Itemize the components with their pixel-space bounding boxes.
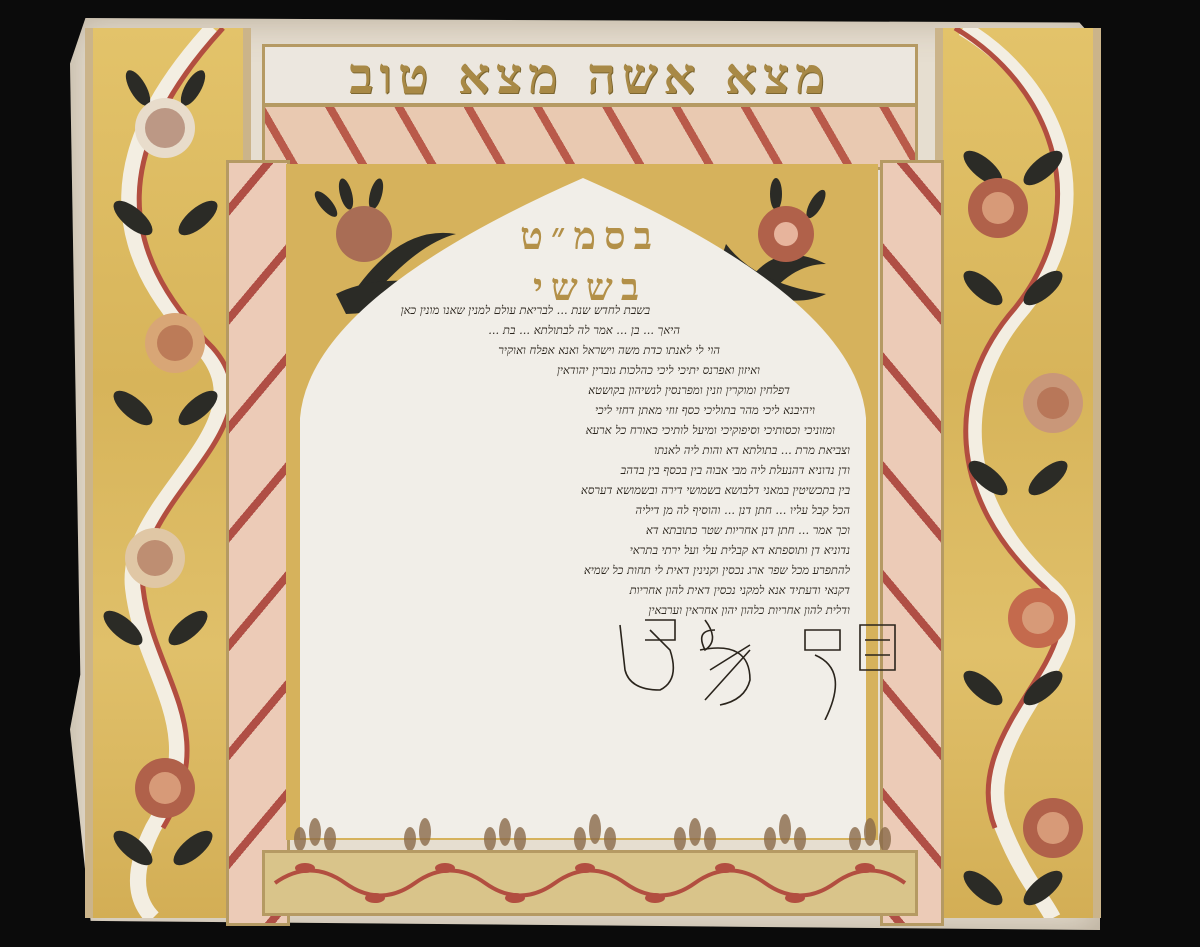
text-line: הכל קבל עליו ... חתן דנן ... והוסיף לה מ… bbox=[320, 500, 850, 520]
bottom-vine-band bbox=[262, 850, 918, 916]
right-floral-column bbox=[935, 28, 1101, 918]
arch-heading-line1: בסמ״ט bbox=[460, 210, 720, 261]
right-striped-pillar bbox=[880, 160, 944, 926]
ketubah-text: בשבת לחדש שנת ... לבריאת עולם למנין שאנו… bbox=[320, 300, 850, 620]
striped-band-top bbox=[262, 104, 918, 170]
text-line: דקנאי ודעתיד אנא למקני נכסין דאית להון א… bbox=[320, 580, 850, 600]
text-line: דפלחין ומוקרין וזנין ומפרנסין לנשיהון בק… bbox=[320, 380, 850, 400]
text-line: וכך אמר ... חתן דנן אחריות שטר כתובתא דא bbox=[320, 520, 850, 540]
header-inscription: מצא אשה מצא טוב bbox=[349, 46, 830, 105]
text-line: ויהיבנא ליכי מהר בתוליכי כסף זוזי מאתן ד… bbox=[320, 400, 850, 420]
witness-signatures bbox=[600, 610, 900, 720]
text-line: ומזוניכי וכסותיכי וסיפוקיכי ומיעל לותיכי… bbox=[320, 420, 850, 440]
wave-vine-icon bbox=[265, 853, 915, 913]
text-line: ודן נדוניא דהנעלת ליה מבי אבוה בין בכסף … bbox=[320, 460, 850, 480]
header-band: מצא אשה מצא טוב bbox=[262, 44, 918, 106]
text-line: בשבת לחדש שנת ... לבריאת עולם למנין שאנו… bbox=[320, 300, 850, 320]
tulip-row-icon bbox=[270, 814, 910, 854]
left-striped-pillar bbox=[226, 160, 290, 926]
text-line: ואיזון ואפרנס יתיכי ליכי כהלכות גוברין י… bbox=[320, 360, 850, 380]
text-line: היאך ... בן ... אמר לה לבתולתא ... בת ..… bbox=[320, 320, 850, 340]
text-line: וצביאת מרת ... בתולתא דא והות ליה לאנתו bbox=[320, 440, 850, 460]
vine-pattern-icon bbox=[93, 28, 243, 918]
text-line: להתפרע מכל שפר ארג נכסין וקנינין דאית לי… bbox=[320, 560, 850, 580]
text-line: נדוניא דן ותוספתא דא קבלית עלי ועל ירתי … bbox=[320, 540, 850, 560]
vine-pattern-icon bbox=[943, 28, 1093, 918]
arch-heading: בסמ״ט בששי bbox=[460, 210, 720, 313]
text-line: הוי לי לאנתו כדת משה וישראל ואנא אפלח וא… bbox=[320, 340, 850, 360]
text-line: בין בתכשיטין במאני דלבושא בשמושי דירה וב… bbox=[320, 480, 850, 500]
